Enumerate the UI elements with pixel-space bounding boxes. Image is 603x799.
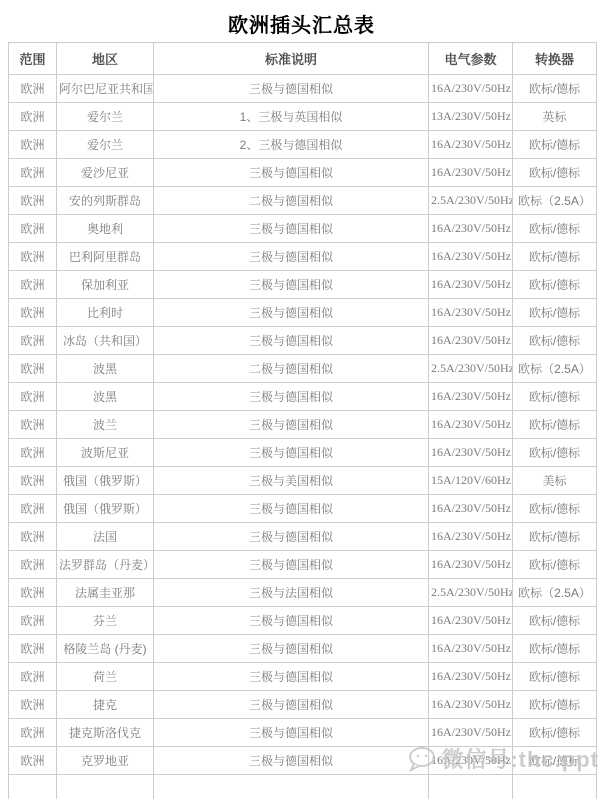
page: 欧洲插头汇总表 范围地区标准说明电气参数转换器 欧洲阿尔巴尼亚共和国三极与德国相…: [0, 0, 603, 799]
cell-standard: 二极与德国相似: [154, 355, 429, 383]
table-body: 欧洲阿尔巴尼亚共和国三极与德国相似16A/230V/50Hz欧标/德标欧洲爱尔兰…: [9, 75, 597, 799]
cell-region: 冰岛（共和国）: [57, 327, 154, 355]
cell-converter: 美标: [513, 467, 597, 495]
table-row: 欧洲俄国（俄罗斯）三极与美国相似15A/120V/60Hz美标: [9, 467, 597, 495]
cell-converter: 欧标/德标: [513, 551, 597, 579]
cell-electrical: 16A/230V/50Hz: [429, 439, 513, 467]
cell-converter: 欧标（2.5A）: [513, 579, 597, 607]
cell-standard: 三极与德国相似: [154, 607, 429, 635]
cell-region: 奥地利: [57, 215, 154, 243]
cell-standard: 三极与德国相似: [154, 691, 429, 719]
cell-region: 保加利亚: [57, 271, 154, 299]
cell-scope: 欧洲: [9, 579, 57, 607]
empty-cell: [429, 775, 513, 799]
cell-standard: 三极与德国相似: [154, 523, 429, 551]
cell-scope: 欧洲: [9, 327, 57, 355]
page-title: 欧洲插头汇总表: [0, 0, 603, 38]
table-row: 欧洲俄国（俄罗斯）三极与德国相似16A/230V/50Hz欧标/德标: [9, 495, 597, 523]
cell-converter: 欧标/德标: [513, 383, 597, 411]
cell-standard: 三极与德国相似: [154, 439, 429, 467]
cell-electrical: 16A/230V/50Hz: [429, 159, 513, 187]
header-cell: 标准说明: [154, 43, 429, 75]
cell-region: 安的列斯群岛: [57, 187, 154, 215]
cell-region: 巴利阿里群岛: [57, 243, 154, 271]
cell-standard: 三极与德国相似: [154, 635, 429, 663]
cell-converter: 欧标/德标: [513, 75, 597, 103]
cell-converter: 欧标/德标: [513, 719, 597, 747]
cell-converter: 欧标/德标: [513, 747, 597, 775]
table-row: 欧洲芬兰三极与德国相似16A/230V/50Hz欧标/德标: [9, 607, 597, 635]
cell-electrical: 16A/230V/50Hz: [429, 75, 513, 103]
cell-electrical: 16A/230V/50Hz: [429, 551, 513, 579]
table-row: 欧洲阿尔巴尼亚共和国三极与德国相似16A/230V/50Hz欧标/德标: [9, 75, 597, 103]
cell-electrical: 2.5A/230V/50Hz: [429, 579, 513, 607]
table-row: 欧洲格陵兰岛 (丹麦)三极与德国相似16A/230V/50Hz欧标/德标: [9, 635, 597, 663]
cell-scope: 欧洲: [9, 159, 57, 187]
cell-region: 俄国（俄罗斯）: [57, 467, 154, 495]
cell-region: 爱沙尼亚: [57, 159, 154, 187]
cell-electrical: 16A/230V/50Hz: [429, 411, 513, 439]
cell-scope: 欧洲: [9, 187, 57, 215]
cell-scope: 欧洲: [9, 383, 57, 411]
cell-electrical: 13A/230V/50Hz: [429, 103, 513, 131]
cell-scope: 欧洲: [9, 131, 57, 159]
cell-converter: 欧标/德标: [513, 635, 597, 663]
cell-region: 芬兰: [57, 607, 154, 635]
cell-region: 捷克: [57, 691, 154, 719]
table-row: 欧洲荷兰三极与德国相似16A/230V/50Hz欧标/德标: [9, 663, 597, 691]
cell-region: 波黑: [57, 383, 154, 411]
cell-converter: 欧标/德标: [513, 159, 597, 187]
table-row: 欧洲捷克三极与德国相似16A/230V/50Hz欧标/德标: [9, 691, 597, 719]
cell-standard: 二极与德国相似: [154, 187, 429, 215]
table-row: 欧洲比利时三极与德国相似16A/230V/50Hz欧标/德标: [9, 299, 597, 327]
cell-scope: 欧洲: [9, 355, 57, 383]
cell-converter: 欧标/德标: [513, 271, 597, 299]
header-row: 范围地区标准说明电气参数转换器: [9, 43, 597, 75]
plug-table: 范围地区标准说明电气参数转换器 欧洲阿尔巴尼亚共和国三极与德国相似16A/230…: [8, 42, 597, 799]
cell-converter: 欧标（2.5A）: [513, 187, 597, 215]
table-header: 范围地区标准说明电气参数转换器: [9, 43, 597, 75]
table-row: 欧洲法罗群岛（丹麦）三极与德国相似16A/230V/50Hz欧标/德标: [9, 551, 597, 579]
cell-region: 爱尔兰: [57, 131, 154, 159]
cell-electrical: 2.5A/230V/50Hz: [429, 355, 513, 383]
table-row: 欧洲法国三极与德国相似16A/230V/50Hz欧标/德标: [9, 523, 597, 551]
cell-converter: 欧标/德标: [513, 131, 597, 159]
cell-standard: 1、三极与英国相似: [154, 103, 429, 131]
cell-electrical: 16A/230V/50Hz: [429, 495, 513, 523]
cell-standard: 三极与德国相似: [154, 495, 429, 523]
empty-cell: [9, 775, 57, 799]
cell-scope: 欧洲: [9, 495, 57, 523]
cell-standard: 三极与德国相似: [154, 383, 429, 411]
cell-scope: 欧洲: [9, 551, 57, 579]
empty-cell: [154, 775, 429, 799]
cell-converter: 欧标/德标: [513, 523, 597, 551]
table-row: 欧洲爱尔兰2、三极与德国相似16A/230V/50Hz欧标/德标: [9, 131, 597, 159]
cell-standard: 三极与德国相似: [154, 271, 429, 299]
table-row-cutoff: [9, 775, 597, 799]
cell-region: 爱尔兰: [57, 103, 154, 131]
cell-electrical: 16A/230V/50Hz: [429, 383, 513, 411]
cell-standard: 三极与德国相似: [154, 159, 429, 187]
cell-scope: 欧洲: [9, 467, 57, 495]
empty-cell: [57, 775, 154, 799]
cell-converter: 欧标/德标: [513, 243, 597, 271]
cell-electrical: 16A/230V/50Hz: [429, 607, 513, 635]
cell-electrical: 16A/230V/50Hz: [429, 271, 513, 299]
cell-electrical: 16A/230V/50Hz: [429, 131, 513, 159]
cell-standard: 三极与德国相似: [154, 663, 429, 691]
cell-region: 波兰: [57, 411, 154, 439]
header-cell: 地区: [57, 43, 154, 75]
cell-converter: 欧标/德标: [513, 299, 597, 327]
cell-standard: 三极与德国相似: [154, 75, 429, 103]
cell-standard: 三极与德国相似: [154, 747, 429, 775]
table-row: 欧洲爱尔兰1、三极与英国相似13A/230V/50Hz英标: [9, 103, 597, 131]
cell-standard: 三极与德国相似: [154, 327, 429, 355]
cell-electrical: 16A/230V/50Hz: [429, 523, 513, 551]
cell-scope: 欧洲: [9, 663, 57, 691]
table-row: 欧洲波黑二极与德国相似2.5A/230V/50Hz欧标（2.5A）: [9, 355, 597, 383]
cell-standard: 三极与德国相似: [154, 243, 429, 271]
table-row: 欧洲爱沙尼亚三极与德国相似16A/230V/50Hz欧标/德标: [9, 159, 597, 187]
table-row: 欧洲安的列斯群岛二极与德国相似2.5A/230V/50Hz欧标（2.5A）: [9, 187, 597, 215]
table-row: 欧洲奥地利三极与德国相似16A/230V/50Hz欧标/德标: [9, 215, 597, 243]
table-row: 欧洲冰岛（共和国）三极与德国相似16A/230V/50Hz欧标/德标: [9, 327, 597, 355]
cell-scope: 欧洲: [9, 635, 57, 663]
cell-standard: 三极与德国相似: [154, 719, 429, 747]
cell-converter: 欧标/德标: [513, 663, 597, 691]
cell-scope: 欧洲: [9, 215, 57, 243]
cell-electrical: 16A/230V/50Hz: [429, 719, 513, 747]
cell-electrical: 16A/230V/50Hz: [429, 747, 513, 775]
cell-region: 法罗群岛（丹麦）: [57, 551, 154, 579]
cell-electrical: 16A/230V/50Hz: [429, 215, 513, 243]
cell-converter: 欧标/德标: [513, 439, 597, 467]
cell-standard: 三极与德国相似: [154, 551, 429, 579]
cell-region: 法属圭亚那: [57, 579, 154, 607]
cell-region: 格陵兰岛 (丹麦): [57, 635, 154, 663]
cell-electrical: 15A/120V/60Hz: [429, 467, 513, 495]
table-row: 欧洲克罗地亚三极与德国相似16A/230V/50Hz欧标/德标: [9, 747, 597, 775]
cell-region: 荷兰: [57, 663, 154, 691]
table-row: 欧洲法属圭亚那三极与法国相似2.5A/230V/50Hz欧标（2.5A）: [9, 579, 597, 607]
cell-scope: 欧洲: [9, 243, 57, 271]
cell-electrical: 16A/230V/50Hz: [429, 243, 513, 271]
cell-converter: 欧标/德标: [513, 691, 597, 719]
cell-scope: 欧洲: [9, 75, 57, 103]
cell-electrical: 16A/230V/50Hz: [429, 327, 513, 355]
cell-region: 波斯尼亚: [57, 439, 154, 467]
cell-converter: 欧标/德标: [513, 327, 597, 355]
table-row: 欧洲波兰三极与德国相似16A/230V/50Hz欧标/德标: [9, 411, 597, 439]
header-cell: 转换器: [513, 43, 597, 75]
cell-region: 法国: [57, 523, 154, 551]
cell-scope: 欧洲: [9, 103, 57, 131]
cell-scope: 欧洲: [9, 747, 57, 775]
table-row: 欧洲捷克斯洛伐克三极与德国相似16A/230V/50Hz欧标/德标: [9, 719, 597, 747]
cell-region: 克罗地亚: [57, 747, 154, 775]
cell-region: 波黑: [57, 355, 154, 383]
cell-electrical: 16A/230V/50Hz: [429, 299, 513, 327]
header-cell: 范围: [9, 43, 57, 75]
cell-electrical: 16A/230V/50Hz: [429, 663, 513, 691]
cell-scope: 欧洲: [9, 439, 57, 467]
cell-scope: 欧洲: [9, 719, 57, 747]
cell-standard: 三极与德国相似: [154, 299, 429, 327]
cell-converter: 欧标/德标: [513, 411, 597, 439]
cell-converter: 欧标/德标: [513, 607, 597, 635]
cell-region: 捷克斯洛伐克: [57, 719, 154, 747]
cell-converter: 欧标/德标: [513, 215, 597, 243]
cell-converter: 英标: [513, 103, 597, 131]
cell-converter: 欧标（2.5A）: [513, 355, 597, 383]
cell-electrical: 16A/230V/50Hz: [429, 691, 513, 719]
cell-standard: 2、三极与德国相似: [154, 131, 429, 159]
cell-standard: 三极与美国相似: [154, 467, 429, 495]
cell-electrical: 2.5A/230V/50Hz: [429, 187, 513, 215]
table-row: 欧洲波斯尼亚三极与德国相似16A/230V/50Hz欧标/德标: [9, 439, 597, 467]
header-cell: 电气参数: [429, 43, 513, 75]
cell-scope: 欧洲: [9, 607, 57, 635]
cell-region: 阿尔巴尼亚共和国: [57, 75, 154, 103]
cell-scope: 欧洲: [9, 691, 57, 719]
cell-standard: 三极与德国相似: [154, 215, 429, 243]
cell-scope: 欧洲: [9, 523, 57, 551]
table-row: 欧洲波黑三极与德国相似16A/230V/50Hz欧标/德标: [9, 383, 597, 411]
table-row: 欧洲保加利亚三极与德国相似16A/230V/50Hz欧标/德标: [9, 271, 597, 299]
table-row: 欧洲巴利阿里群岛三极与德国相似16A/230V/50Hz欧标/德标: [9, 243, 597, 271]
cell-standard: 三极与德国相似: [154, 411, 429, 439]
cell-region: 比利时: [57, 299, 154, 327]
cell-scope: 欧洲: [9, 271, 57, 299]
cell-electrical: 16A/230V/50Hz: [429, 635, 513, 663]
cell-scope: 欧洲: [9, 411, 57, 439]
cell-scope: 欧洲: [9, 299, 57, 327]
empty-cell: [513, 775, 597, 799]
cell-region: 俄国（俄罗斯）: [57, 495, 154, 523]
cell-standard: 三极与法国相似: [154, 579, 429, 607]
cell-converter: 欧标/德标: [513, 495, 597, 523]
